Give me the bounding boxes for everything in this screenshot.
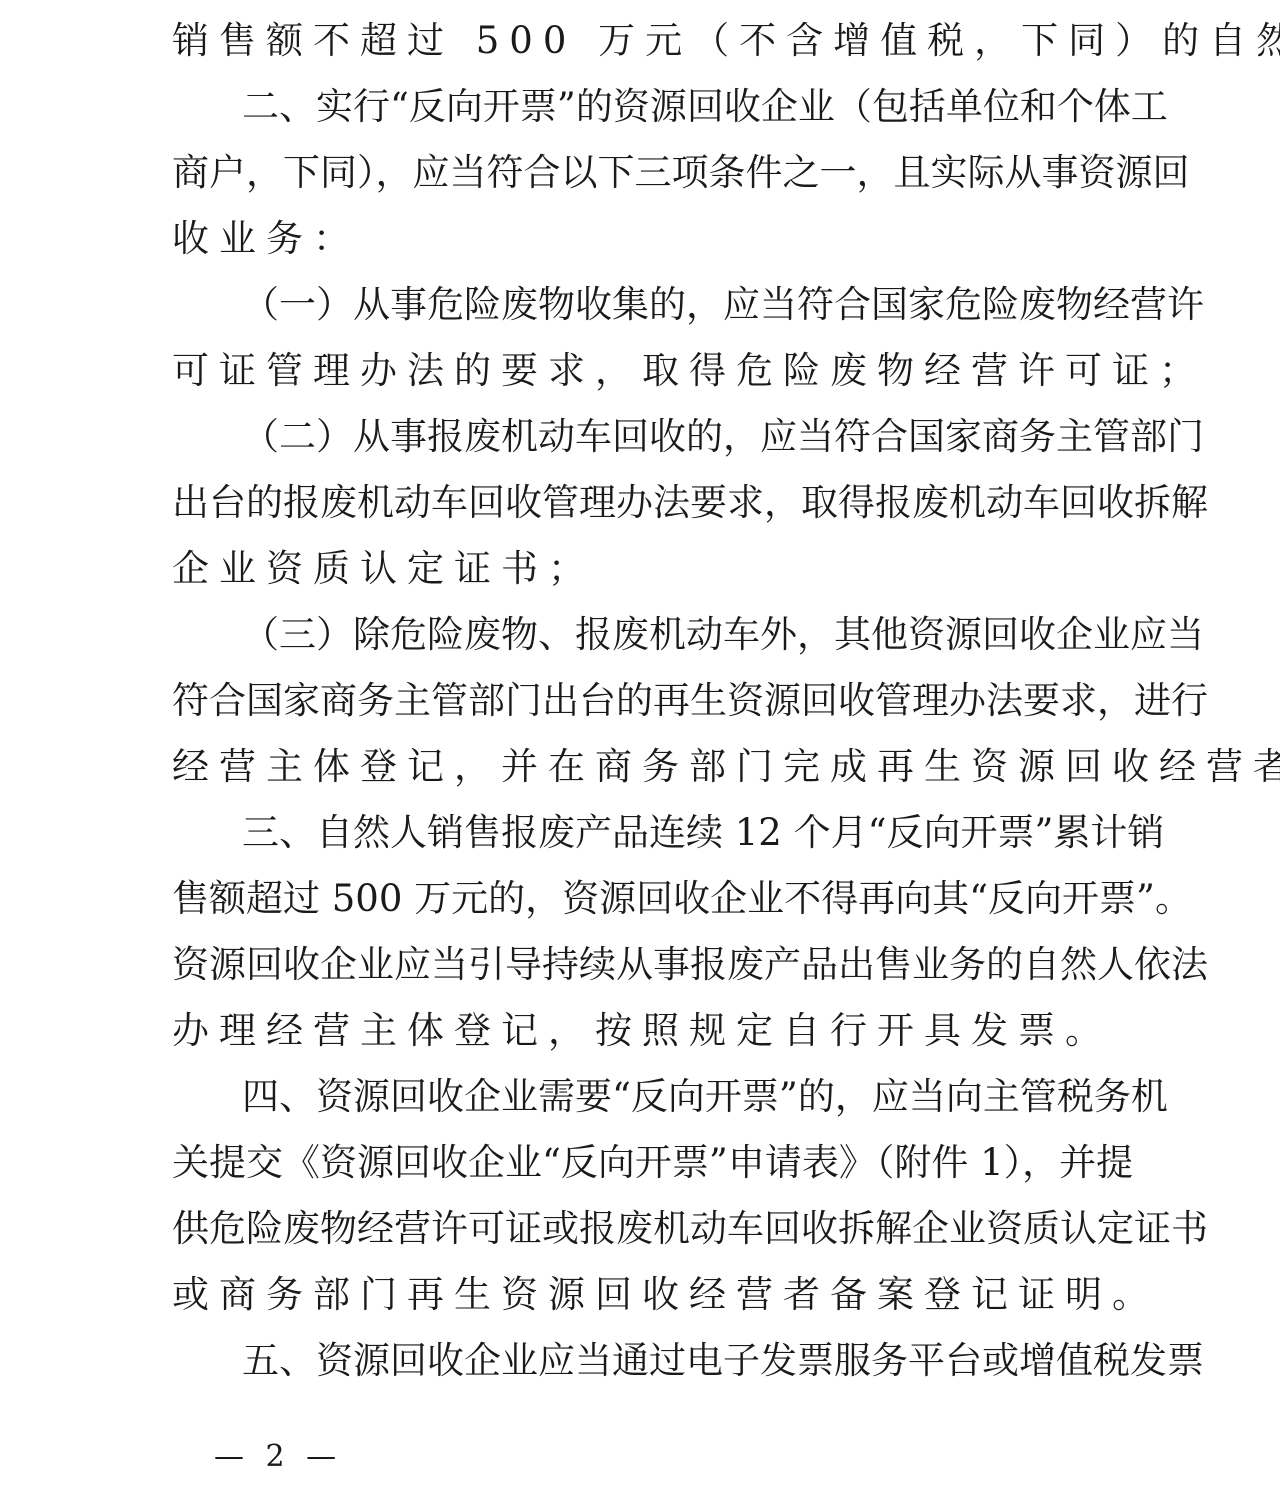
text-line: 经营主体登记，并在商务部门完成再生资源回收经营者备案。 [172,734,1124,800]
text-line: 企业资质认定证书； [172,536,1124,602]
list-item-two: （二）从事报废机动车回收的，应当符合国家商务主管部门 [172,404,1124,470]
text-line: 符合国家商务主管部门出台的再生资源回收管理办法要求，进行 [172,668,1124,734]
text-line: 售额超过 500 万元的，资源回收企业不得再向其“反向开票”。 [172,866,1124,932]
text-line: 商户，下同），应当符合以下三项条件之一，且实际从事资源回 [172,140,1124,206]
text-line: 收业务： [172,206,1124,272]
section-heading-three: 三、自然人销售报废产品连续 12 个月“反向开票”累计销 [172,800,1124,866]
text-line: 资源回收企业应当引导持续从事报废产品出售业务的自然人依法 [172,932,1124,998]
text-line: 关提交《资源回收企业“反向开票”申请表》（附件 1），并提 [172,1130,1124,1196]
text-line: 出台的报废机动车回收管理办法要求，取得报废机动车回收拆解 [172,470,1124,536]
text-line: 或商务部门再生资源回收经营者备案登记证明。 [172,1262,1124,1328]
text-line: 销售额不超过 500 万元（不含增值税，下同）的自然人。 [172,8,1124,74]
page-number: — 2 — [214,1437,342,1477]
document-page: 销售额不超过 500 万元（不含增值税，下同）的自然人。 二、实行“反向开票”的… [172,8,1124,1394]
text-line: 可证管理办法的要求，取得危险废物经营许可证； [172,338,1124,404]
list-item-one: （一）从事危险废物收集的，应当符合国家危险废物经营许 [172,272,1124,338]
list-item-three: （三）除危险废物、报废机动车外，其他资源回收企业应当 [172,602,1124,668]
section-heading-five: 五、资源回收企业应当通过电子发票服务平台或增值税发票 [172,1328,1124,1394]
section-heading-four: 四、资源回收企业需要“反向开票”的，应当向主管税务机 [172,1064,1124,1130]
text-line: 供危险废物经营许可证或报废机动车回收拆解企业资质认定证书 [172,1196,1124,1262]
text-line: 办理经营主体登记，按照规定自行开具发票。 [172,998,1124,1064]
section-heading-two: 二、实行“反向开票”的资源回收企业（包括单位和个体工 [172,74,1124,140]
